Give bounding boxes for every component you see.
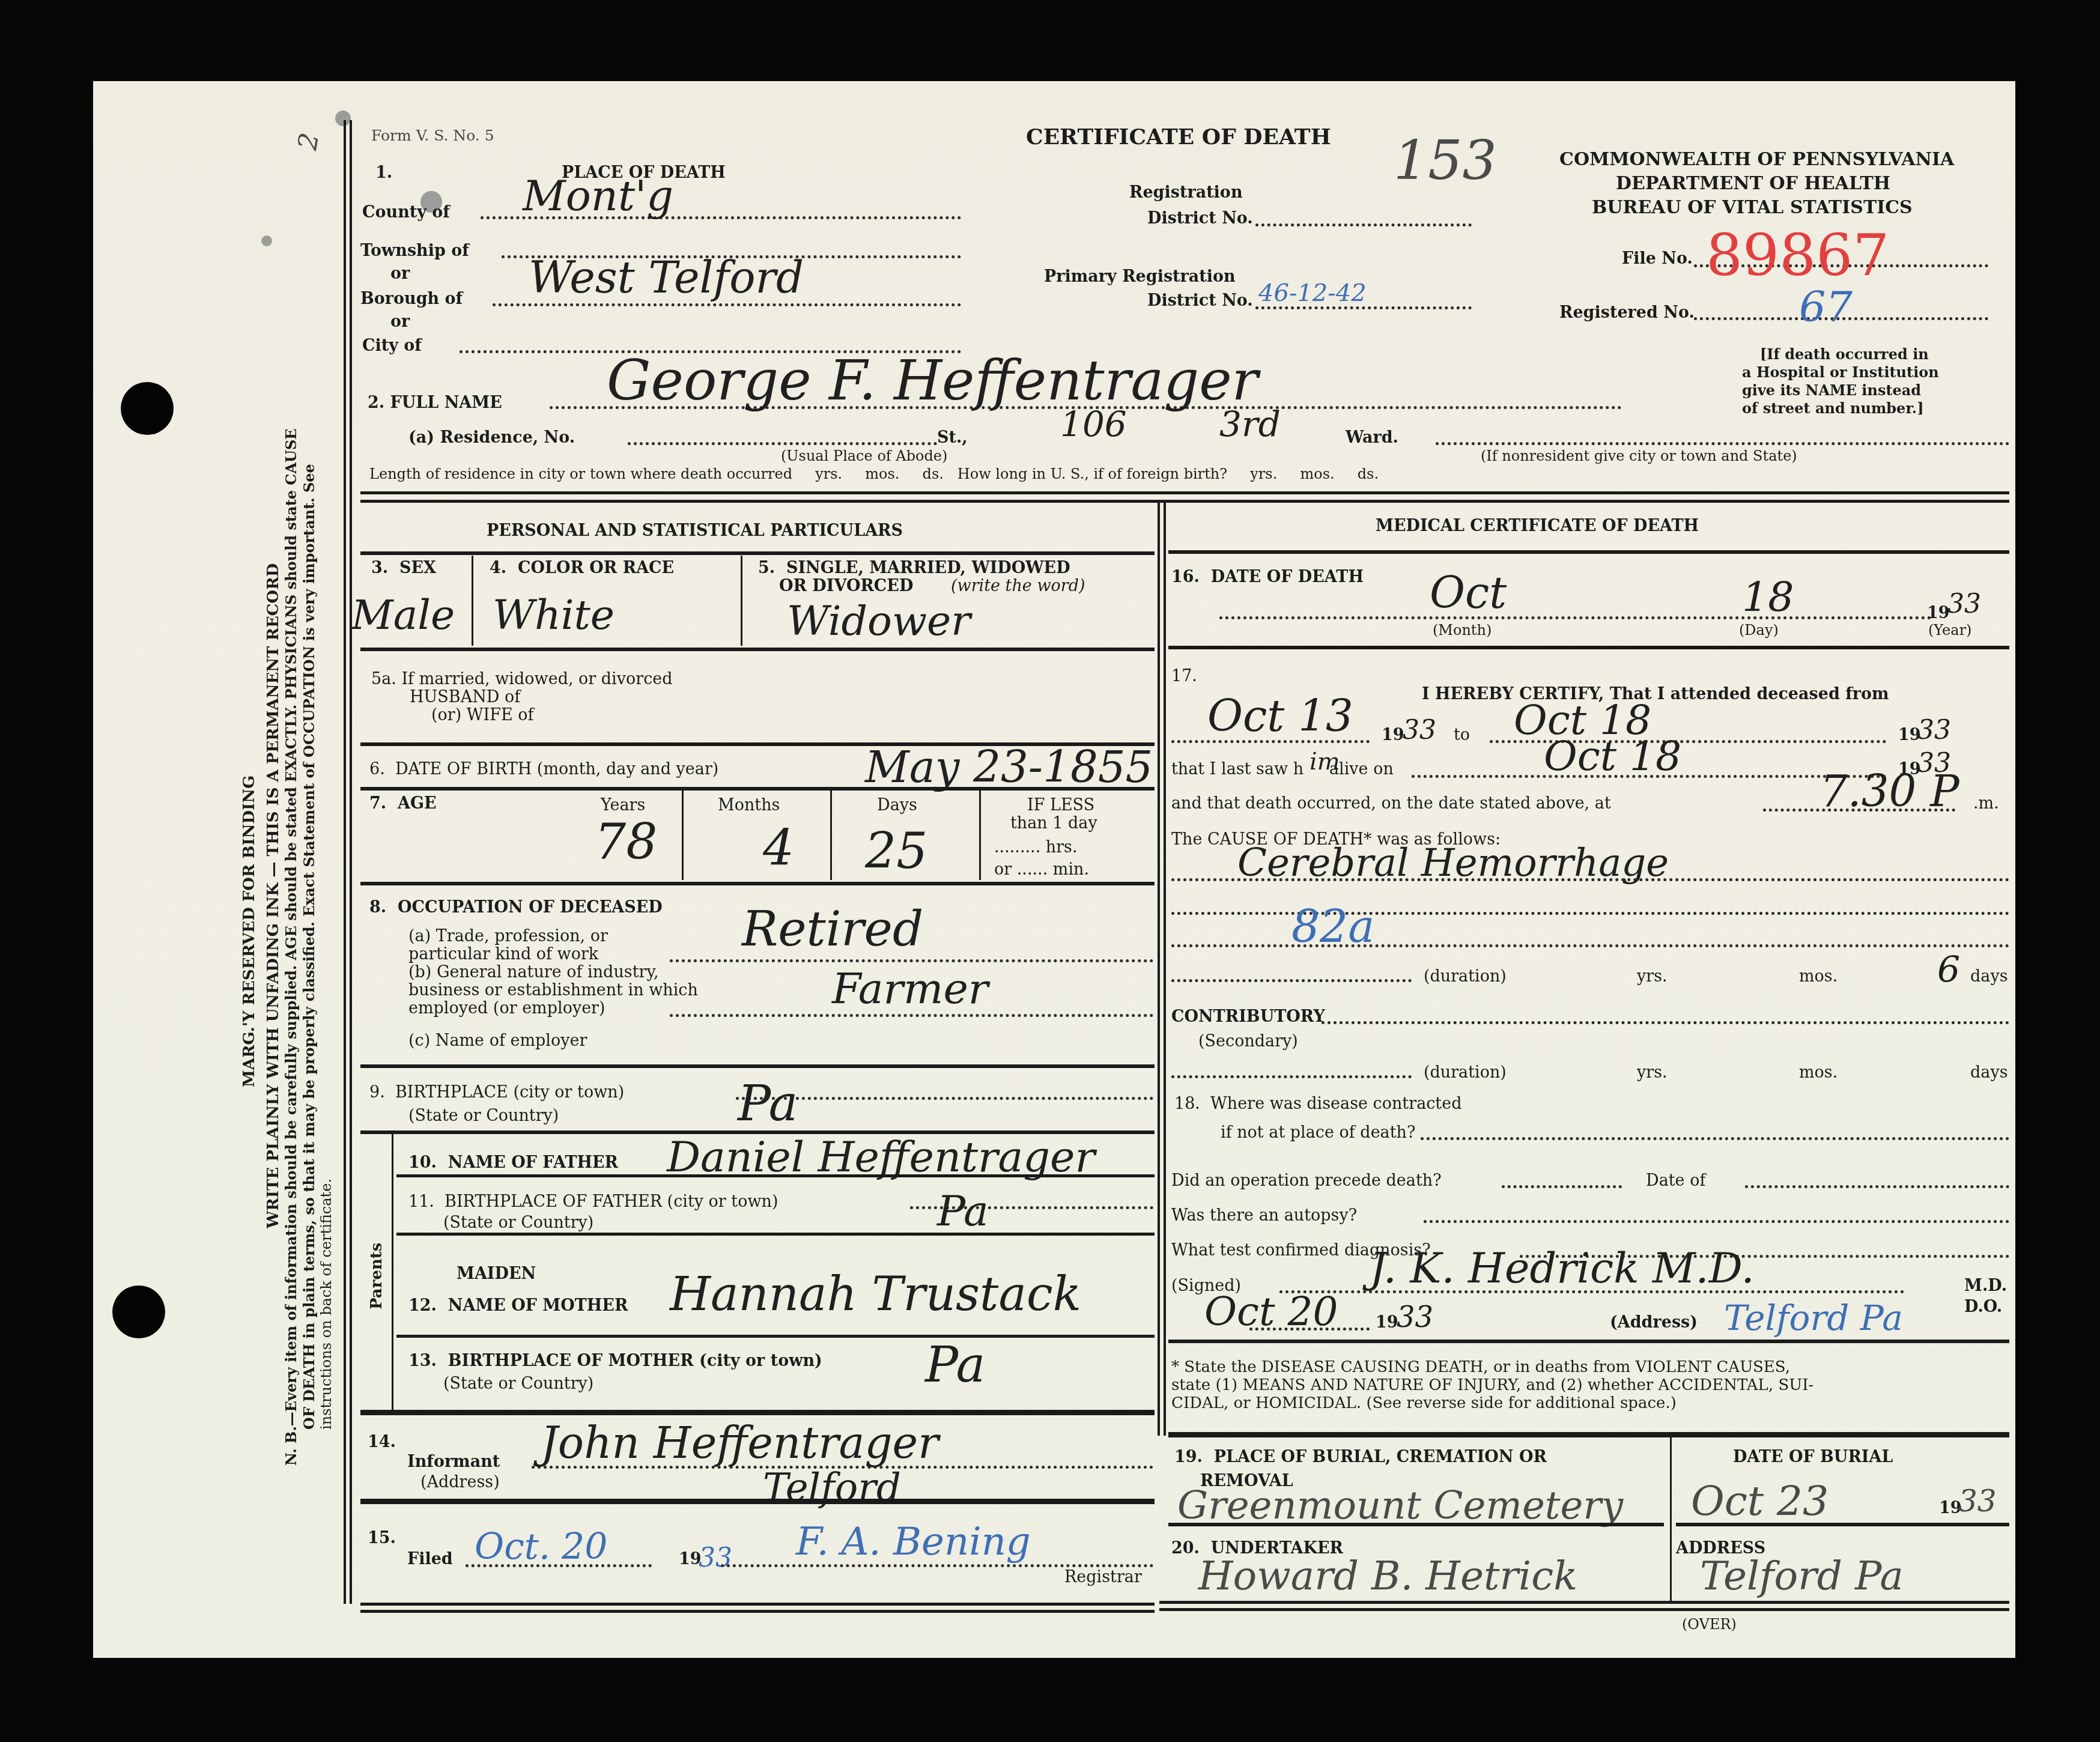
date-of-death-label: 16. DATE OF DEATH (1171, 568, 1364, 587)
parents-bracket (392, 1132, 393, 1412)
registered-number-value: 67 (1799, 282, 1853, 332)
days-label-2: days (1970, 1063, 2008, 1082)
footnote-line-2: state (1) MEANS AND NATURE OF INJURY, an… (1171, 1377, 1813, 1394)
divider (1159, 1601, 2009, 1604)
contributory-label: CONTRIBUTORY (1171, 1007, 1325, 1027)
divider (1168, 1432, 2009, 1437)
handwritten-number: 153 (1394, 129, 1497, 192)
divider (1168, 550, 2009, 554)
residence-field[interactable] (628, 442, 937, 445)
date-of-operation-field[interactable] (1745, 1185, 2009, 1188)
age-days-value: 25 (865, 823, 927, 880)
burial-year: 33 (1958, 1484, 1997, 1519)
agency-line-3: BUREAU OF VITAL STATISTICS (1592, 198, 1913, 217)
birthplace-value: Pa (738, 1075, 798, 1132)
attended-from-value: Oct 13 (1207, 691, 1353, 741)
mother-birthplace-label: 13. BIRTHPLACE OF MOTHER (city or town) (408, 1352, 822, 1371)
personal-heading: PERSONAL AND STATISTICAL PARTICULARS (487, 521, 903, 541)
or-label: or (390, 312, 410, 332)
undertaker-address-value: Telford Pa (1700, 1553, 1904, 1599)
last-saw-label: that I last saw h alive on (1171, 760, 1394, 779)
full-name-label: 2. FULL NAME (368, 393, 502, 413)
md-label: M.D. (1964, 1276, 2007, 1296)
divider (360, 648, 1155, 651)
time-of-death-value: 7.30 P (1820, 766, 1959, 816)
hospital-note-line: give its NAME instead (1742, 381, 1939, 399)
physician-address-value: Telford Pa (1724, 1297, 1903, 1338)
hole-punch-top (121, 382, 174, 435)
column-divider (682, 790, 684, 880)
borough-value: West Telford (529, 252, 804, 303)
center-divider (1158, 502, 1160, 1436)
divider (396, 1233, 1155, 1236)
parents-label: Parents (368, 1243, 386, 1310)
undertaker-value: Howard B. Hetrick (1198, 1553, 1577, 1599)
mos-label-2: mos. (1799, 1063, 1837, 1082)
disease-contracted-field[interactable] (1421, 1137, 2009, 1140)
occupation-b-label-3: employed (or employer) (408, 999, 605, 1018)
street-value: 3rd (1219, 404, 1281, 445)
birthplace-label: 9. BIRTHPLACE (city or town) (369, 1083, 624, 1102)
occupation-b-label-1: (b) General nature of industry, (408, 963, 659, 982)
attended-to-year: 33 (1917, 715, 1951, 745)
divider (360, 551, 1155, 555)
spouse-label-2: HUSBAND of (410, 688, 520, 707)
abode-note: (Usual Place of Abode) (781, 448, 947, 464)
page-title: CERTIFICATE OF DEATH (1026, 125, 1331, 149)
duration-field[interactable] (1171, 979, 1412, 982)
months-label: Months (718, 796, 780, 815)
date-of-death-month: Oct (1430, 568, 1507, 618)
divider (360, 1610, 1155, 1613)
father-name-label: 10. NAME OF FATHER (408, 1153, 618, 1173)
mother-birthplace-value: Pa (925, 1337, 985, 1394)
secondary-label: (Secondary) (1198, 1032, 1298, 1051)
divider (396, 1335, 1155, 1338)
divider (1168, 1523, 1664, 1526)
last-saw-pronoun: im (1309, 748, 1340, 775)
divider (360, 1603, 1155, 1606)
margin-instruction-line-3: N. B.—Every item of information should b… (282, 428, 300, 1466)
years-label: Years (601, 796, 645, 815)
primary-district-value: 46-12-42 (1258, 279, 1367, 307)
divider (360, 1064, 1155, 1068)
informant-address-label: (Address) (420, 1473, 500, 1492)
dob-label: 6. DATE OF BIRTH (month, day and year) (369, 760, 718, 779)
maiden-label: MAIDEN (457, 1264, 536, 1284)
agency-line-1: COMMONWEALTH OF PENNSYLVANIA (1559, 150, 1954, 169)
signed-year-prefix: 19 (1376, 1313, 1398, 1332)
full-name-value: George F. Heffentrager (607, 348, 1258, 413)
dob-value: May 23-1855 (865, 742, 1153, 792)
do-label: D.O. (1964, 1297, 2002, 1317)
residence-number-value: 106 (1060, 404, 1127, 445)
race-value: White (493, 592, 615, 639)
burial-place-label: 19. PLACE OF BURIAL, CREMATION OR (1174, 1448, 1547, 1467)
year-caption: (Year) (1928, 622, 1971, 639)
column-divider (979, 790, 981, 880)
divider (360, 491, 2009, 494)
divider (1159, 1608, 2009, 1611)
nonresident-note: (If nonresident give city or town and St… (1481, 448, 1797, 464)
cause-value: Cerebral Hemorrhage (1237, 841, 1669, 885)
date-of-death-field[interactable] (1219, 616, 1931, 619)
filed-label: Filed (407, 1550, 453, 1569)
time-of-death-label: and that death occurred, on the date sta… (1171, 794, 1611, 813)
burial-date-label: DATE OF BURIAL (1733, 1448, 1893, 1467)
contributory-field[interactable] (1322, 1021, 2009, 1024)
occupation-c-label: (c) Name of employer (408, 1031, 587, 1051)
certify-text: I HEREBY CERTIFY, That I attended deceas… (1422, 685, 1889, 704)
filed-date-value: Oct. 20 (475, 1526, 607, 1568)
margin-instruction-line-4: OF DEATH in plain terms, so that it may … (300, 464, 318, 1430)
divider (1168, 1340, 2009, 1343)
marital-value: Widower (787, 598, 971, 645)
father-birthplace-value: Pa (937, 1186, 989, 1236)
hours-field[interactable]: ......... hrs. (994, 838, 1078, 857)
date-of-death-year-prefix: 19 (1927, 604, 1950, 623)
autopsy-field[interactable] (1424, 1220, 2009, 1223)
divider (360, 1410, 1155, 1415)
column-divider (1670, 1436, 1672, 1601)
primary-district-label: District No. (1147, 291, 1253, 311)
file-number-label: File No. (1622, 249, 1693, 269)
day-caption: (Day) (1739, 622, 1779, 639)
divider (1676, 1523, 2009, 1526)
occupation-b-value: Farmer (832, 964, 988, 1013)
file-number-value: 89867 (1706, 225, 1889, 285)
operation-label: Did an operation precede death? (1171, 1171, 1442, 1191)
race-label: 4. COLOR OR RACE (490, 559, 674, 578)
column-divider (830, 790, 832, 880)
ward-field[interactable] (1436, 442, 2009, 445)
certify-number: 17. (1171, 667, 1197, 686)
borough-field[interactable] (493, 303, 961, 306)
filed-year-prefix: 19 (679, 1550, 702, 1569)
column-divider (472, 556, 473, 646)
medical-heading: MEDICAL CERTIFICATE OF DEATH (1376, 517, 1699, 536)
pin-mark (335, 111, 351, 126)
margin-binding-text: MARG.'Y RESERVED FOR BINDING (240, 775, 258, 1087)
age-label: 7. AGE (369, 794, 437, 813)
cause-field-3[interactable] (1171, 944, 2009, 947)
occupation-a-value: Retired (742, 901, 923, 957)
city-label: City of (362, 336, 422, 356)
age-months-value: 4 (763, 820, 794, 877)
mother-name-label: 12. NAME OF MOTHER (408, 1296, 628, 1316)
signed-date-field[interactable] (1249, 1328, 1370, 1331)
borough-label: Borough of (360, 290, 463, 309)
footnote-line-3: CIDAL, or HOMICIDAL. (See reverse side f… (1171, 1395, 1677, 1412)
spouse-label-3: (or) WIFE of (431, 706, 534, 725)
hospital-note: [If death occurred in a Hospital or Inst… (1742, 345, 1939, 417)
duration-days-value: 6 (1937, 949, 1960, 991)
agency-line-2: DEPARTMENT OF HEALTH (1616, 174, 1890, 193)
occupation-a-label-1: (a) Trade, profession, or (408, 927, 608, 946)
informant-number: 14. (368, 1433, 396, 1452)
sex-label: 3. SEX (371, 559, 436, 578)
father-birthplace-label-2: (State or Country) (443, 1213, 593, 1233)
occupation-a-field[interactable] (670, 959, 1153, 962)
or-label: or (390, 264, 410, 284)
informant-label: Informant (407, 1452, 500, 1472)
days-label: days (1970, 967, 2008, 986)
pin-mark (261, 235, 272, 246)
date-of-death-day: 18 (1742, 574, 1794, 621)
county-label: County of (362, 203, 450, 222)
signed-value: J. K. Hedrick M.D. (1370, 1243, 1755, 1293)
age-years-value: 78 (595, 814, 657, 871)
marital-label-2: OR DIVORCED (779, 577, 913, 596)
date-of-operation-label: Date of (1646, 1171, 1705, 1191)
registrar-label: Registrar (1064, 1568, 1142, 1587)
physician-address-label: (Address) (1610, 1313, 1698, 1332)
divider (360, 787, 1155, 791)
attended-from-year: 33 (1403, 715, 1436, 745)
duration-label-2: (duration) (1424, 1063, 1507, 1082)
burial-place-value: Greenmount Cemetery (1177, 1484, 1623, 1528)
street-label: St., (937, 428, 968, 448)
signed-year: 33 (1397, 1300, 1433, 1334)
over-label: (OVER) (1682, 1616, 1737, 1633)
autopsy-label: Was there an autopsy? (1171, 1206, 1357, 1225)
district-label: District No. (1147, 209, 1253, 228)
marital-label-3: (write the word) (951, 577, 1085, 596)
attended-from-year-prefix: 19 (1382, 726, 1404, 745)
sex-value: Male (351, 592, 455, 639)
mother-name-value: Hannah Trustack (670, 1267, 1081, 1322)
center-divider (1164, 502, 1166, 1436)
minutes-field[interactable]: or ...... min. (994, 860, 1089, 879)
margin-instruction-line-2: WRITE PLAINLY WITH UNFADING INK — THIS I… (264, 563, 282, 1228)
marital-label: 5. SINGLE, MARRIED, WIDOWED (758, 559, 1070, 578)
yrs-label: yrs. (1637, 967, 1668, 986)
registered-number-label: Registered No. (1559, 303, 1695, 323)
to-label: to (1454, 726, 1470, 745)
divider (1168, 646, 2009, 649)
occupation-label: 8. OCCUPATION OF DECEASED (369, 898, 663, 917)
mos-label: mos. (1799, 967, 1837, 986)
column-divider (741, 556, 742, 646)
hospital-note-line: of street and number.] (1742, 399, 1939, 417)
divider (360, 882, 1155, 885)
occupation-b-label-2: business or establishment in which (408, 981, 698, 1000)
registrar-field[interactable] (721, 1564, 1153, 1567)
registration-label: Registration (1129, 183, 1243, 202)
form-left-border (344, 120, 346, 1604)
hospital-note-line: a Hospital or Institution (1742, 363, 1939, 381)
month-caption: (Month) (1433, 622, 1492, 639)
residence-label: (a) Residence, No. (408, 428, 575, 448)
registrar-value: F. A. Bening (796, 1520, 1031, 1564)
margin-instruction-line-5: instructions on back of certificate. (317, 1179, 335, 1430)
operation-field[interactable] (1502, 1185, 1622, 1188)
township-label: Township of (360, 241, 469, 261)
filed-year-value: 33 (699, 1543, 732, 1573)
informant-value: John Heffentrager (541, 1418, 939, 1468)
father-birthplace-label: 11. BIRTHPLACE OF FATHER (city or town) (408, 1192, 778, 1212)
if-less-label: IF LESS (1027, 796, 1094, 815)
contributory-duration-field[interactable] (1171, 1075, 1412, 1078)
duration-label: (duration) (1424, 967, 1507, 986)
date-of-death-year: 33 (1947, 589, 1981, 619)
disease-contracted-label-2: if not at place of death? (1221, 1123, 1415, 1143)
time-suffix: .m. (1973, 794, 1999, 813)
spouse-label-1: 5a. If married, widowed, or divorced (371, 670, 673, 689)
burial-date-value: Oct 23 (1691, 1478, 1828, 1525)
occupation-b-field[interactable] (670, 1014, 1153, 1017)
yrs-label-2: yrs. (1637, 1063, 1668, 1082)
form-id: Form V. S. No. 5 (371, 126, 494, 145)
birthplace-field[interactable] (736, 1097, 1153, 1100)
length-of-residence-line: Length of residence in city or town wher… (369, 466, 1379, 482)
occupation-a-label-2: particular kind of work (408, 945, 598, 964)
last-saw-value: Oct 18 (1544, 733, 1681, 780)
days-label: Days (877, 796, 917, 815)
hole-punch-bottom (112, 1285, 165, 1338)
hospital-note-line: [If death occurred in (1742, 345, 1939, 363)
primary-registration-label: Primary Registration (1044, 267, 1236, 287)
footnote-line-1: * State the DISEASE CAUSING DEATH, or in… (1171, 1359, 1790, 1376)
than-one-day-label: than 1 day (1010, 814, 1097, 833)
district-field[interactable] (1255, 223, 1472, 226)
county-value: Mont'g (523, 171, 673, 220)
filed-number: 15. (368, 1529, 396, 1548)
place-of-death-number: 1. (375, 163, 392, 183)
divider (396, 1174, 1155, 1177)
mother-birthplace-label-2: (State or Country) (443, 1374, 593, 1394)
disease-contracted-label: 18. Where was disease contracted (1174, 1094, 1461, 1114)
divider (360, 500, 2009, 503)
form-left-border (350, 120, 352, 1604)
birthplace-label-2: (State or Country) (408, 1106, 559, 1126)
ward-label: Ward. (1346, 428, 1398, 448)
divider (360, 1499, 1155, 1504)
